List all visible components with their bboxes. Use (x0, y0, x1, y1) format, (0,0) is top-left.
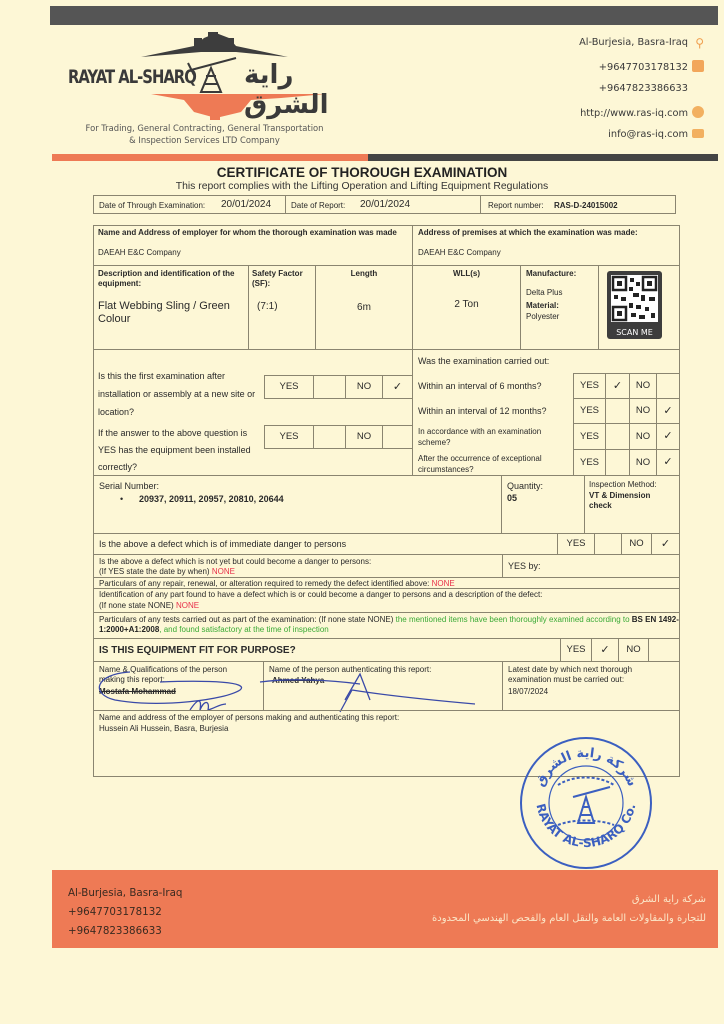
material-value: Polyester (526, 312, 559, 322)
qr-code[interactable]: SCAN ME (607, 271, 662, 339)
inspection-method-label: Inspection Method: (589, 480, 657, 490)
contact-address-text: Al-Burjesia, Basra-Iraq (579, 37, 688, 48)
contact-website[interactable]: http://www.ras-iq.com (474, 106, 704, 120)
company-name-ar: راية الشرق (244, 60, 356, 120)
report-number-value: RAS-D-24015002 (554, 201, 618, 211)
top-bar (50, 6, 718, 25)
report-date-label: Date of Report: (291, 201, 345, 211)
fit-no-checkbox[interactable] (648, 638, 680, 662)
report-number-label: Report number: (488, 201, 544, 211)
future-danger-label-line2: (If YES state the date by when) (99, 567, 210, 576)
6-months-yes-checkbox[interactable]: ✓ (605, 373, 630, 399)
premises-cell: Address of premises at which the examina… (412, 225, 680, 266)
scheme-no-label: NO (629, 423, 657, 450)
material-label: Material: (526, 301, 559, 311)
yes-by-cell: YES by: (502, 554, 680, 578)
scheme-no-checkbox[interactable]: ✓ (656, 423, 680, 450)
contact-phone2[interactable]: +9647823386633 (458, 83, 688, 97)
question-exceptional: After the occurrence of exceptional circ… (418, 453, 568, 475)
exam-carried-out-header: Was the examination carried out: (418, 356, 549, 367)
repair-label: Particulars of any repair, renewal, or a… (99, 579, 429, 588)
manufacture-value: Delta Plus (526, 288, 562, 298)
company-logo: RAYAT AL-SHARQ راية الشرق (66, 30, 356, 125)
equipment-desc-cell: Description and identification of the eq… (93, 265, 249, 350)
header-divider-orange (52, 154, 368, 161)
6-months-no-label: NO (629, 373, 657, 399)
fit-yes-checkbox[interactable]: ✓ (591, 638, 619, 662)
employer-of-persons-value: Hussein Ali Hussein, Basra, Burjesia (99, 724, 228, 734)
serial-label: Serial Number: (99, 481, 159, 492)
installed-no-checkbox[interactable] (382, 425, 413, 449)
exceptional-no-checkbox[interactable]: ✓ (656, 449, 680, 476)
tagline-line1: For Trading, General Contracting, Genera… (62, 122, 347, 134)
exceptional-yes-checkbox[interactable] (605, 449, 630, 476)
phone-icon (692, 60, 704, 72)
immediate-danger-yes-checkbox[interactable] (594, 533, 622, 555)
identification-value: NONE (176, 601, 199, 610)
footer-contact: Al-Burjesia, Basra-Iraq +9647703178132 +… (68, 884, 182, 941)
next-exam-value: 18/07/2024 (508, 687, 548, 697)
quantity-cell: Quantity: 05 (501, 475, 585, 534)
identification-row: Identification of any part found to have… (93, 588, 680, 613)
installed-yes-label: YES (264, 425, 314, 449)
question-installed-correctly: If the answer to the above question is Y… (98, 425, 263, 476)
premises-label: Address of premises at which the examina… (418, 228, 638, 238)
12-months-yes-label: YES (573, 398, 606, 424)
footer-phone1[interactable]: +9647703178132 (68, 903, 182, 922)
exceptional-yes-label: YES (573, 449, 606, 476)
footer-arabic: شركة راية الشرق للتجارة والمقاولات العام… (432, 890, 706, 928)
installed-yes-checkbox[interactable] (313, 425, 346, 449)
6-months-yes-label: YES (573, 373, 606, 399)
safety-factor-value: (7:1) (257, 301, 278, 313)
employer-cell: Name and Address of employer for whom th… (93, 225, 413, 266)
footer-arabic-line2: للتجارة والمقاولات العامة والنقل العام و… (432, 909, 706, 928)
length-value: 6m (316, 302, 412, 314)
certificate-subtitle: This report complies with the Lifting Op… (0, 181, 724, 192)
exam-date-label: Date of Through Examination: (99, 201, 205, 211)
quantity-label: Quantity: (507, 481, 543, 492)
certificate-title: CERTIFICATE OF THOROUGH EXAMINATION (0, 165, 724, 180)
12-months-yes-checkbox[interactable] (605, 398, 630, 424)
footer-phone2[interactable]: +9647823386633 (68, 922, 182, 941)
globe-icon (692, 106, 704, 118)
identification-label: Identification of any part found to have… (99, 590, 542, 600)
fit-for-purpose-label: IS THIS EQUIPMENT FIT FOR PURPOSE? (99, 645, 296, 657)
contact-address: Al-Burjesia, Basra-Iraq⚲ (474, 37, 704, 51)
repair-value: NONE (432, 579, 455, 588)
future-danger-cell: Is the above a defect which is not yet b… (93, 554, 503, 578)
company-stamp-icon: شركة راية الشرق RAYAT AL-SHARQ Co. (518, 735, 654, 871)
question-6-months: Within an interval of 6 months? (418, 381, 542, 392)
serial-value: 20937, 20911, 20957, 20810, 20644 (139, 494, 284, 505)
next-exam-cell: Latest date by which next thorough exami… (502, 661, 680, 711)
next-exam-label: Latest date by which next thorough exami… (508, 665, 673, 685)
length-cell: Length 6m (315, 265, 413, 350)
identification-label-line2: (If none state NONE) (99, 601, 174, 610)
contact-email[interactable]: info@ras-iq.com (474, 129, 704, 143)
report-date-value: 20/01/2024 (360, 199, 410, 211)
contact-phone2-text[interactable]: +9647823386633 (599, 83, 688, 94)
mail-icon (692, 129, 704, 138)
immediate-danger-no-label: NO (621, 533, 652, 555)
company-name-en: RAYAT AL-SHARQ (68, 66, 196, 88)
first-exam-yes-label: YES (264, 375, 314, 399)
future-danger-label: Is the above a defect which is not yet b… (99, 557, 371, 567)
contact-phone1-text[interactable]: +9647703178132 (599, 62, 688, 73)
serial-cell: Serial Number: • 20937, 20911, 20957, 20… (93, 475, 502, 534)
serial-bullet: • (120, 494, 123, 505)
future-danger-value: NONE (212, 567, 235, 576)
first-exam-yes-checkbox[interactable] (313, 375, 346, 399)
tagline-line2: & Inspection Services LTD Company (62, 134, 347, 146)
wll-label: WLL(s) (413, 269, 520, 279)
safety-factor-label: Safety Factor (SF): (252, 269, 314, 289)
location-pin-icon: ⚲ (692, 37, 704, 49)
company-tagline: For Trading, General Contracting, Genera… (62, 122, 347, 146)
installed-no-label: NO (345, 425, 383, 449)
question-first-exam: Is this the first examination after inst… (98, 367, 258, 421)
quantity-value: 05 (507, 493, 517, 504)
tests-value-part3: , and found satisfactory at the time of … (159, 625, 328, 634)
immediate-danger-yes-label: YES (557, 533, 595, 555)
tests-value-part1: the mentioned items have been thoroughly (396, 615, 547, 624)
report-date-cell: Date of Report: 20/01/2024 (285, 195, 481, 214)
tests-value-part2: examined according to (549, 615, 630, 624)
inspection-method-cell: Inspection Method: VT & Dimension check (584, 475, 680, 534)
length-label: Length (316, 269, 412, 279)
contact-email-text[interactable]: info@ras-iq.com (608, 129, 688, 140)
scheme-yes-checkbox[interactable] (605, 423, 630, 450)
employer-of-persons-label: Name and address of the employer of pers… (99, 713, 399, 723)
header-divider-dark (368, 154, 718, 161)
svg-text:شركة راية الشرق: شركة راية الشرق (533, 746, 640, 789)
exceptional-no-label: NO (629, 449, 657, 476)
contact-website-text[interactable]: http://www.ras-iq.com (580, 108, 688, 119)
tests-label: Particulars of any tests carried out as … (99, 615, 393, 624)
wll-value: 2 Ton (413, 299, 520, 311)
exam-date-value: 20/01/2024 (221, 199, 271, 211)
qr-code-icon (611, 275, 658, 322)
fit-yes-label: YES (560, 638, 592, 662)
employer-label: Name and Address of employer for whom th… (98, 228, 398, 238)
wll-cell: WLL(s) 2 Ton (412, 265, 521, 350)
first-exam-no-label: NO (345, 375, 383, 399)
question-12-months: Within an interval of 12 months? (418, 406, 547, 417)
immediate-danger-no-checkbox[interactable]: ✓ (651, 533, 680, 555)
employer-value: DAEAH E&C Company (98, 248, 181, 258)
exam-date-cell: Date of Through Examination: 20/01/2024 (93, 195, 286, 214)
contact-phone1[interactable]: +9647703178132 (474, 60, 704, 74)
first-exam-no-checkbox[interactable]: ✓ (382, 375, 413, 399)
report-number-cell: Report number: RAS-D-24015002 (480, 195, 676, 214)
question-exam-scheme: In accordance with an examination scheme… (418, 426, 568, 448)
yes-by-label: YES by: (508, 561, 541, 572)
immediate-danger-label: Is the above a defect which is of immedi… (99, 539, 346, 550)
fit-no-label: NO (618, 638, 649, 662)
equipment-desc-label: Description and identification of the eq… (98, 269, 248, 289)
safety-factor-cell: Safety Factor (SF): (7:1) (248, 265, 316, 350)
manufacture-cell: Manufacture: Delta Plus Material: Polyes… (520, 265, 599, 350)
6-months-no-checkbox[interactable] (656, 373, 680, 399)
qr-scan-label: SCAN ME (607, 328, 662, 337)
tests-row: Particulars of any tests carried out as … (93, 612, 680, 639)
manufacture-label: Manufacture: (526, 269, 576, 279)
premises-value: DAEAH E&C Company (418, 248, 501, 258)
scheme-yes-label: YES (573, 423, 606, 450)
footer-arabic-line1: شركة راية الشرق (432, 890, 706, 909)
12-months-no-label: NO (629, 398, 657, 424)
12-months-no-checkbox[interactable]: ✓ (656, 398, 680, 424)
footer-address: Al-Burjesia, Basra-Iraq (68, 884, 182, 903)
inspection-method-value: VT & Dimension check (589, 491, 674, 511)
equipment-desc-value: Flat Webbing Sling / Green Colour (98, 300, 248, 326)
